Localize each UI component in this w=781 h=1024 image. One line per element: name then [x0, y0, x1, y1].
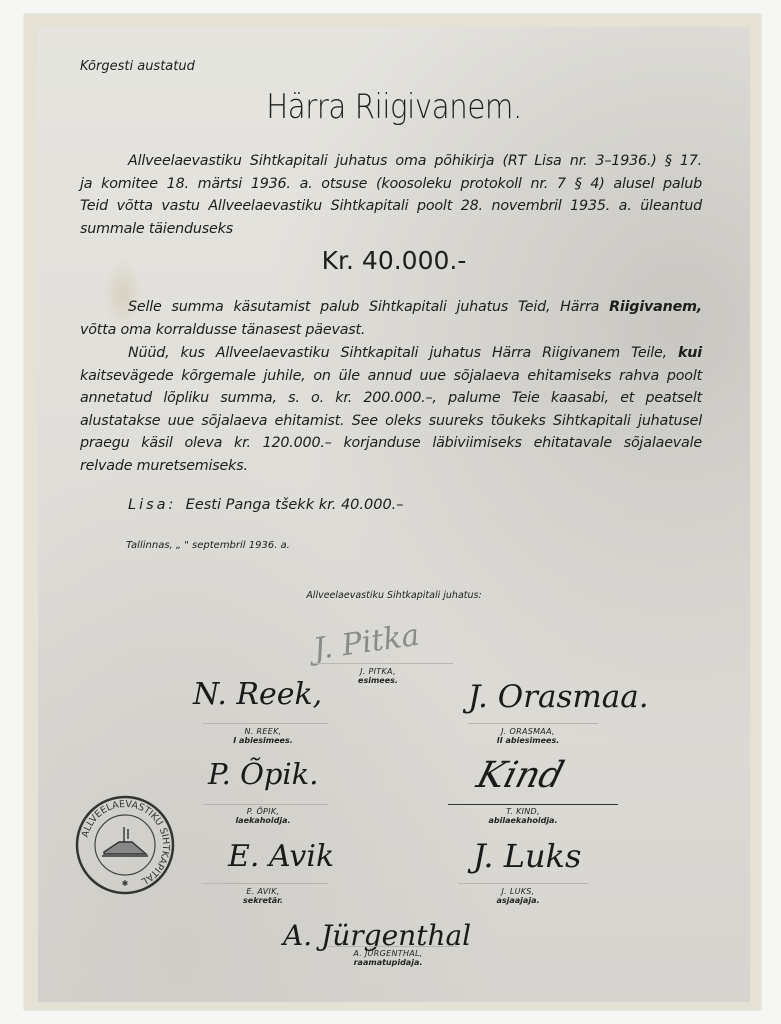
signature-avik: E. Avik [228, 839, 334, 874]
salutation: Kõrgesti austatud [80, 59, 195, 74]
signatory-name: J. LUKS, [473, 887, 563, 896]
signatory-role: sekretär. [218, 896, 308, 905]
paragraph-line: annetatud lõpliku summa, s. o. kr. 200.0… [80, 387, 702, 410]
signatory-jurgenthal: A. JÜRGENTHAL, raamatupidaja. [338, 949, 438, 967]
signatory-name: E. AVIK, [218, 887, 308, 896]
paragraph-line: võtta oma korraldusse tänasest päevast. [80, 319, 702, 342]
paragraph-2: Selle summa käsutamist palub Sihtkapital… [80, 296, 702, 341]
signatory-role: esimees. [338, 676, 418, 685]
signature-opik: P. Õpik. [208, 757, 318, 791]
signatory-name: T. KIND, [473, 807, 573, 816]
paragraph-line: kaitsevägede kõrgemale juhile, on üle an… [80, 365, 702, 388]
signatory-avik: E. AVIK, sekretär. [218, 887, 308, 905]
paragraph-line: relvade muretsemiseks. [80, 455, 702, 478]
signatory-role: II abiesimees. [478, 736, 578, 745]
paragraph-line: Allveelaevastiku Sihtkapitali juhatus om… [80, 150, 702, 173]
board-heading: Allveelaevastiku Sihtkapitali juhatus: [38, 590, 750, 601]
star-icon: ✱ [122, 879, 129, 888]
paragraph-line: Teid võtta vastu Allveelaevastiku Sihtka… [80, 195, 702, 218]
signature-pitka: J. Pitka [311, 618, 422, 668]
signature-line [203, 723, 328, 724]
signatory-name: A. JÜRGENTHAL, [338, 949, 438, 958]
attachment-text: Eesti Panga tšekk kr. 40.000.– [186, 497, 404, 513]
paragraph-line: alustatakse uue sõjalaeva ehitamist. See… [80, 410, 702, 433]
paragraph-line: Nüüd, kus Allveelaevastiku Sihtkapitali … [80, 342, 702, 365]
paragraph-text: Nüüd, kus Allveelaevastiku Sihtkapitali … [128, 345, 678, 361]
signatory-name: P. ÕPIK, [218, 807, 308, 816]
signatory-role: asjaajaja. [473, 896, 563, 905]
attachment: Lisa: Eesti Panga tšekk kr. 40.000.– [128, 497, 404, 513]
signatory-orasmaa: J. ORASMAA, II abiesimees. [478, 727, 578, 745]
document-title: Härra Riigivanem. [88, 87, 700, 127]
signature-reek: N. Reek, [193, 677, 322, 712]
signature-line [203, 804, 328, 805]
signatory-opik: P. ÕPIK, laekahoidja. [218, 807, 308, 825]
signatory-role: I abiesimees. [218, 736, 308, 745]
signatory-pitka: J. PITKA, esimees. [338, 667, 418, 685]
signatory-name: J. PITKA, [338, 667, 418, 676]
seal-stamp: ALLVEELAEVASTIKU SIHTKAPITAL ✱ [74, 794, 176, 896]
signatory-role: raamatupidaja. [338, 958, 438, 967]
signature-line [203, 883, 328, 884]
emphasis: Riigivanem, [609, 299, 702, 315]
signatory-reek: N. REEK, I abiesimees. [218, 727, 308, 745]
paragraph-text: Selle summa käsutamist palub Sihtkapital… [128, 299, 609, 315]
signature-line [313, 663, 453, 664]
paragraph-3: Nüüd, kus Allveelaevastiku Sihtkapitali … [80, 342, 702, 477]
signatory-role: abilaekahoidja. [473, 816, 573, 825]
paragraph-line: praegu käsil oleva kr. 120.000.– korjand… [80, 432, 702, 455]
signatory-name: J. ORASMAA, [478, 727, 578, 736]
paragraph-line: ja komitee 18. märtsi 1936. a. otsuse (k… [80, 173, 702, 196]
amount: Kr. 40.000.- [38, 246, 750, 275]
document-page: Kõrgesti austatud Härra Riigivanem. Allv… [38, 27, 750, 1002]
signatory-role: laekahoidja. [218, 816, 308, 825]
signature-jurgenthal: A. Jürgenthal [283, 919, 471, 952]
signature-line [448, 804, 618, 805]
paragraph-1: Allveelaevastiku Sihtkapitali juhatus om… [80, 150, 702, 240]
paragraph-line: Selle summa käsutamist palub Sihtkapital… [80, 296, 702, 319]
signature-line [328, 946, 458, 947]
signatory-name: N. REEK, [218, 727, 308, 736]
signature-kind: Kind [473, 755, 569, 796]
signature-orasmaa: J. Orasmaa. [468, 679, 649, 715]
place-date: Tallinnas, „ " septembril 1936. a. [126, 540, 290, 551]
signature-line [458, 883, 588, 884]
attachment-label: Lisa: [128, 497, 176, 513]
signature-line [468, 723, 598, 724]
submarine-icon [102, 827, 148, 856]
signatory-luks: J. LUKS, asjaajaja. [473, 887, 563, 905]
signature-luks: J. Luks [473, 837, 581, 875]
emphasis: kui [678, 345, 702, 361]
paragraph-line: summale täienduseks [80, 218, 702, 241]
signatory-kind: T. KIND, abilaekahoidja. [473, 807, 573, 825]
